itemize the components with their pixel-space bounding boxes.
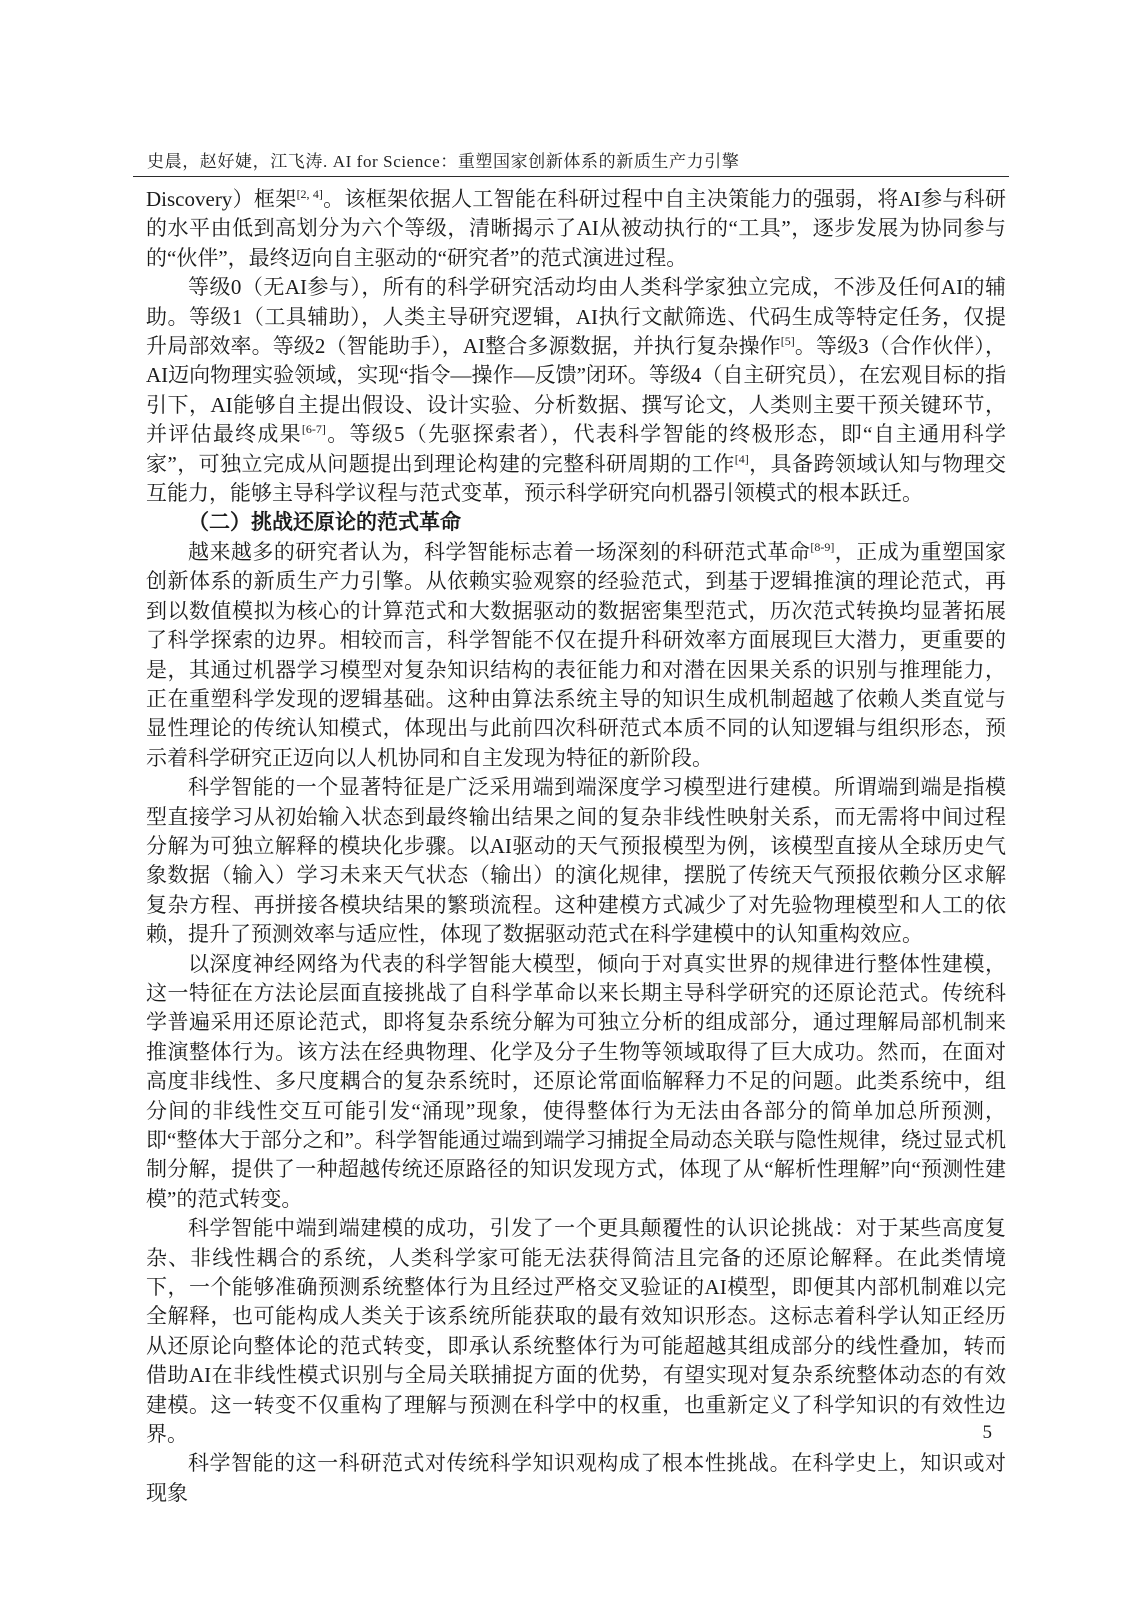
section-heading: （二）挑战还原论的范式革命 bbox=[146, 508, 1006, 537]
paragraph: 越来越多的研究者认为，科学智能标志着一场深刻的科研范式革命[8-9]，正成为重塑… bbox=[146, 538, 1006, 773]
running-header-text: 史晨，赵好婕，江飞涛. AI for Science：重塑国家创新体系的新质生产… bbox=[147, 152, 739, 171]
citation-ref: [4] bbox=[735, 452, 749, 466]
article-body: Discovery）框架[2, 4]。该框架依据人工智能在科研过程中自主决策能力… bbox=[146, 185, 1006, 1508]
citation-ref: [6-7] bbox=[302, 422, 326, 436]
paragraph: 科学智能的这一科研范式对传统科学知识观构成了根本性挑战。在科学史上，知识或对现象 bbox=[146, 1449, 1006, 1508]
paragraph: 科学智能中端到端建模的成功，引发了一个更具颠覆性的认识论挑战：对于某些高度复杂、… bbox=[146, 1214, 1006, 1449]
paragraph: 以深度神经网络为代表的科学智能大模型，倾向于对真实世界的规律进行整体性建模，这一… bbox=[146, 950, 1006, 1215]
citation-ref: [5] bbox=[781, 334, 795, 348]
paragraph: 等级0（无AI参与），所有的科学研究活动均由人类科学家独立完成，不涉及任何AI的… bbox=[146, 273, 1006, 508]
paragraph: Discovery）框架[2, 4]。该框架依据人工智能在科研过程中自主决策能力… bbox=[146, 185, 1006, 273]
document-page: 史晨，赵好婕，江飞涛. AI for Science：重塑国家创新体系的新质生产… bbox=[0, 0, 1140, 1600]
citation-ref: [8-9] bbox=[810, 540, 834, 554]
paragraph: 科学智能的一个显著特征是广泛采用端到端深度学习模型进行建模。所谓端到端是指模型直… bbox=[146, 773, 1006, 949]
citation-ref: [2, 4] bbox=[297, 187, 323, 201]
header-rule bbox=[133, 176, 1009, 177]
running-header: 史晨，赵好婕，江飞涛. AI for Science：重塑国家创新体系的新质生产… bbox=[147, 147, 1009, 172]
page-number: 5 bbox=[983, 1422, 993, 1443]
page-footer: 5 bbox=[146, 1422, 1006, 1444]
